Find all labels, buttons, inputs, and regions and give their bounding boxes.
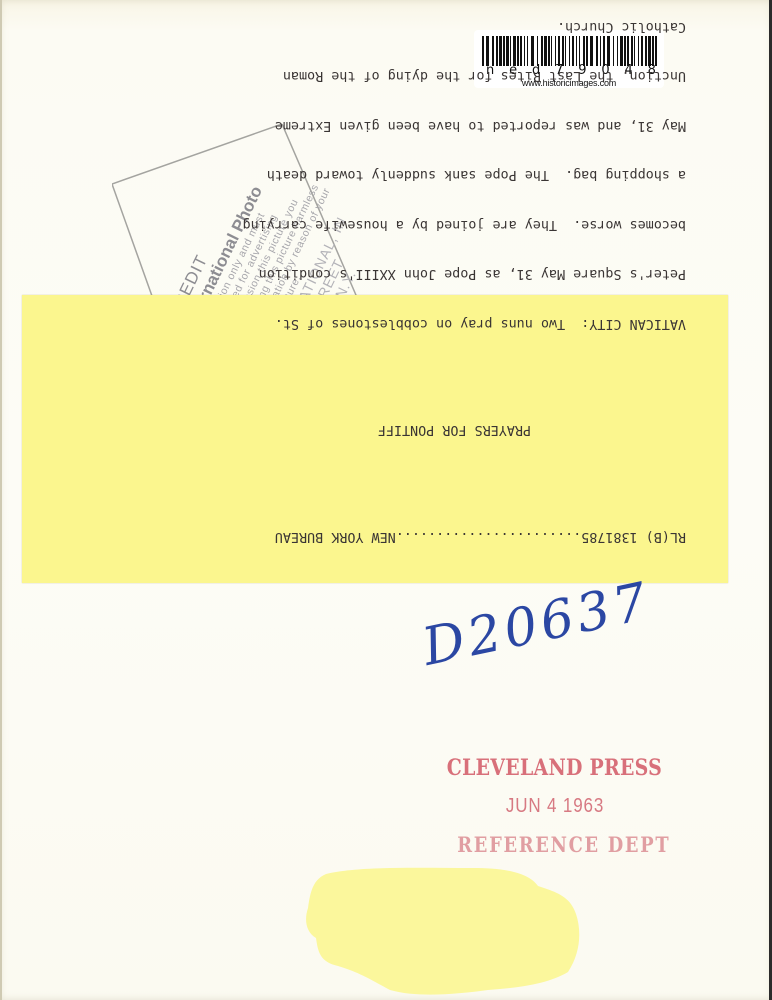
caption-body-line: a shopping bag. The Pope sank suddenly t…: [46, 166, 686, 183]
caption-dateline: RL(B) 1381785.......................NEW …: [46, 528, 686, 545]
caption-body-line: Catholic Church.: [46, 18, 686, 35]
stamp-title: CLEVELAND PRESS: [447, 755, 653, 781]
yellow-residue: [298, 862, 588, 1000]
paper-left-edge: [0, 0, 2, 1000]
caption-text: RL(B) 1381785.......................NEW …: [46, 0, 686, 577]
caption-body-line: becomes worse. They are joined by a hous…: [46, 216, 686, 233]
caption-body-line: Peter's Square May 31, as Pope John XXII…: [46, 265, 686, 282]
caption-body-line: VATICAN CITY: Two nuns pray on cobblesto…: [46, 315, 686, 332]
caption-headline: PRAYERS FOR PONTIFF: [46, 421, 686, 438]
cleveland-press-stamp: CLEVELAND PRESS JUN 4 1963 REFERENCE DEP…: [440, 755, 670, 857]
stamp-date: JUN 4 1963: [457, 795, 653, 818]
caption-body-line: May 31, and was reported to have been gi…: [46, 117, 686, 134]
caption-slip: RL(B) 1381785.......................NEW …: [22, 295, 728, 583]
caption-body-line: Unction, the Last Rites for the dying of…: [46, 67, 686, 84]
stamp-department: REFERENCE DEPT: [457, 832, 653, 857]
